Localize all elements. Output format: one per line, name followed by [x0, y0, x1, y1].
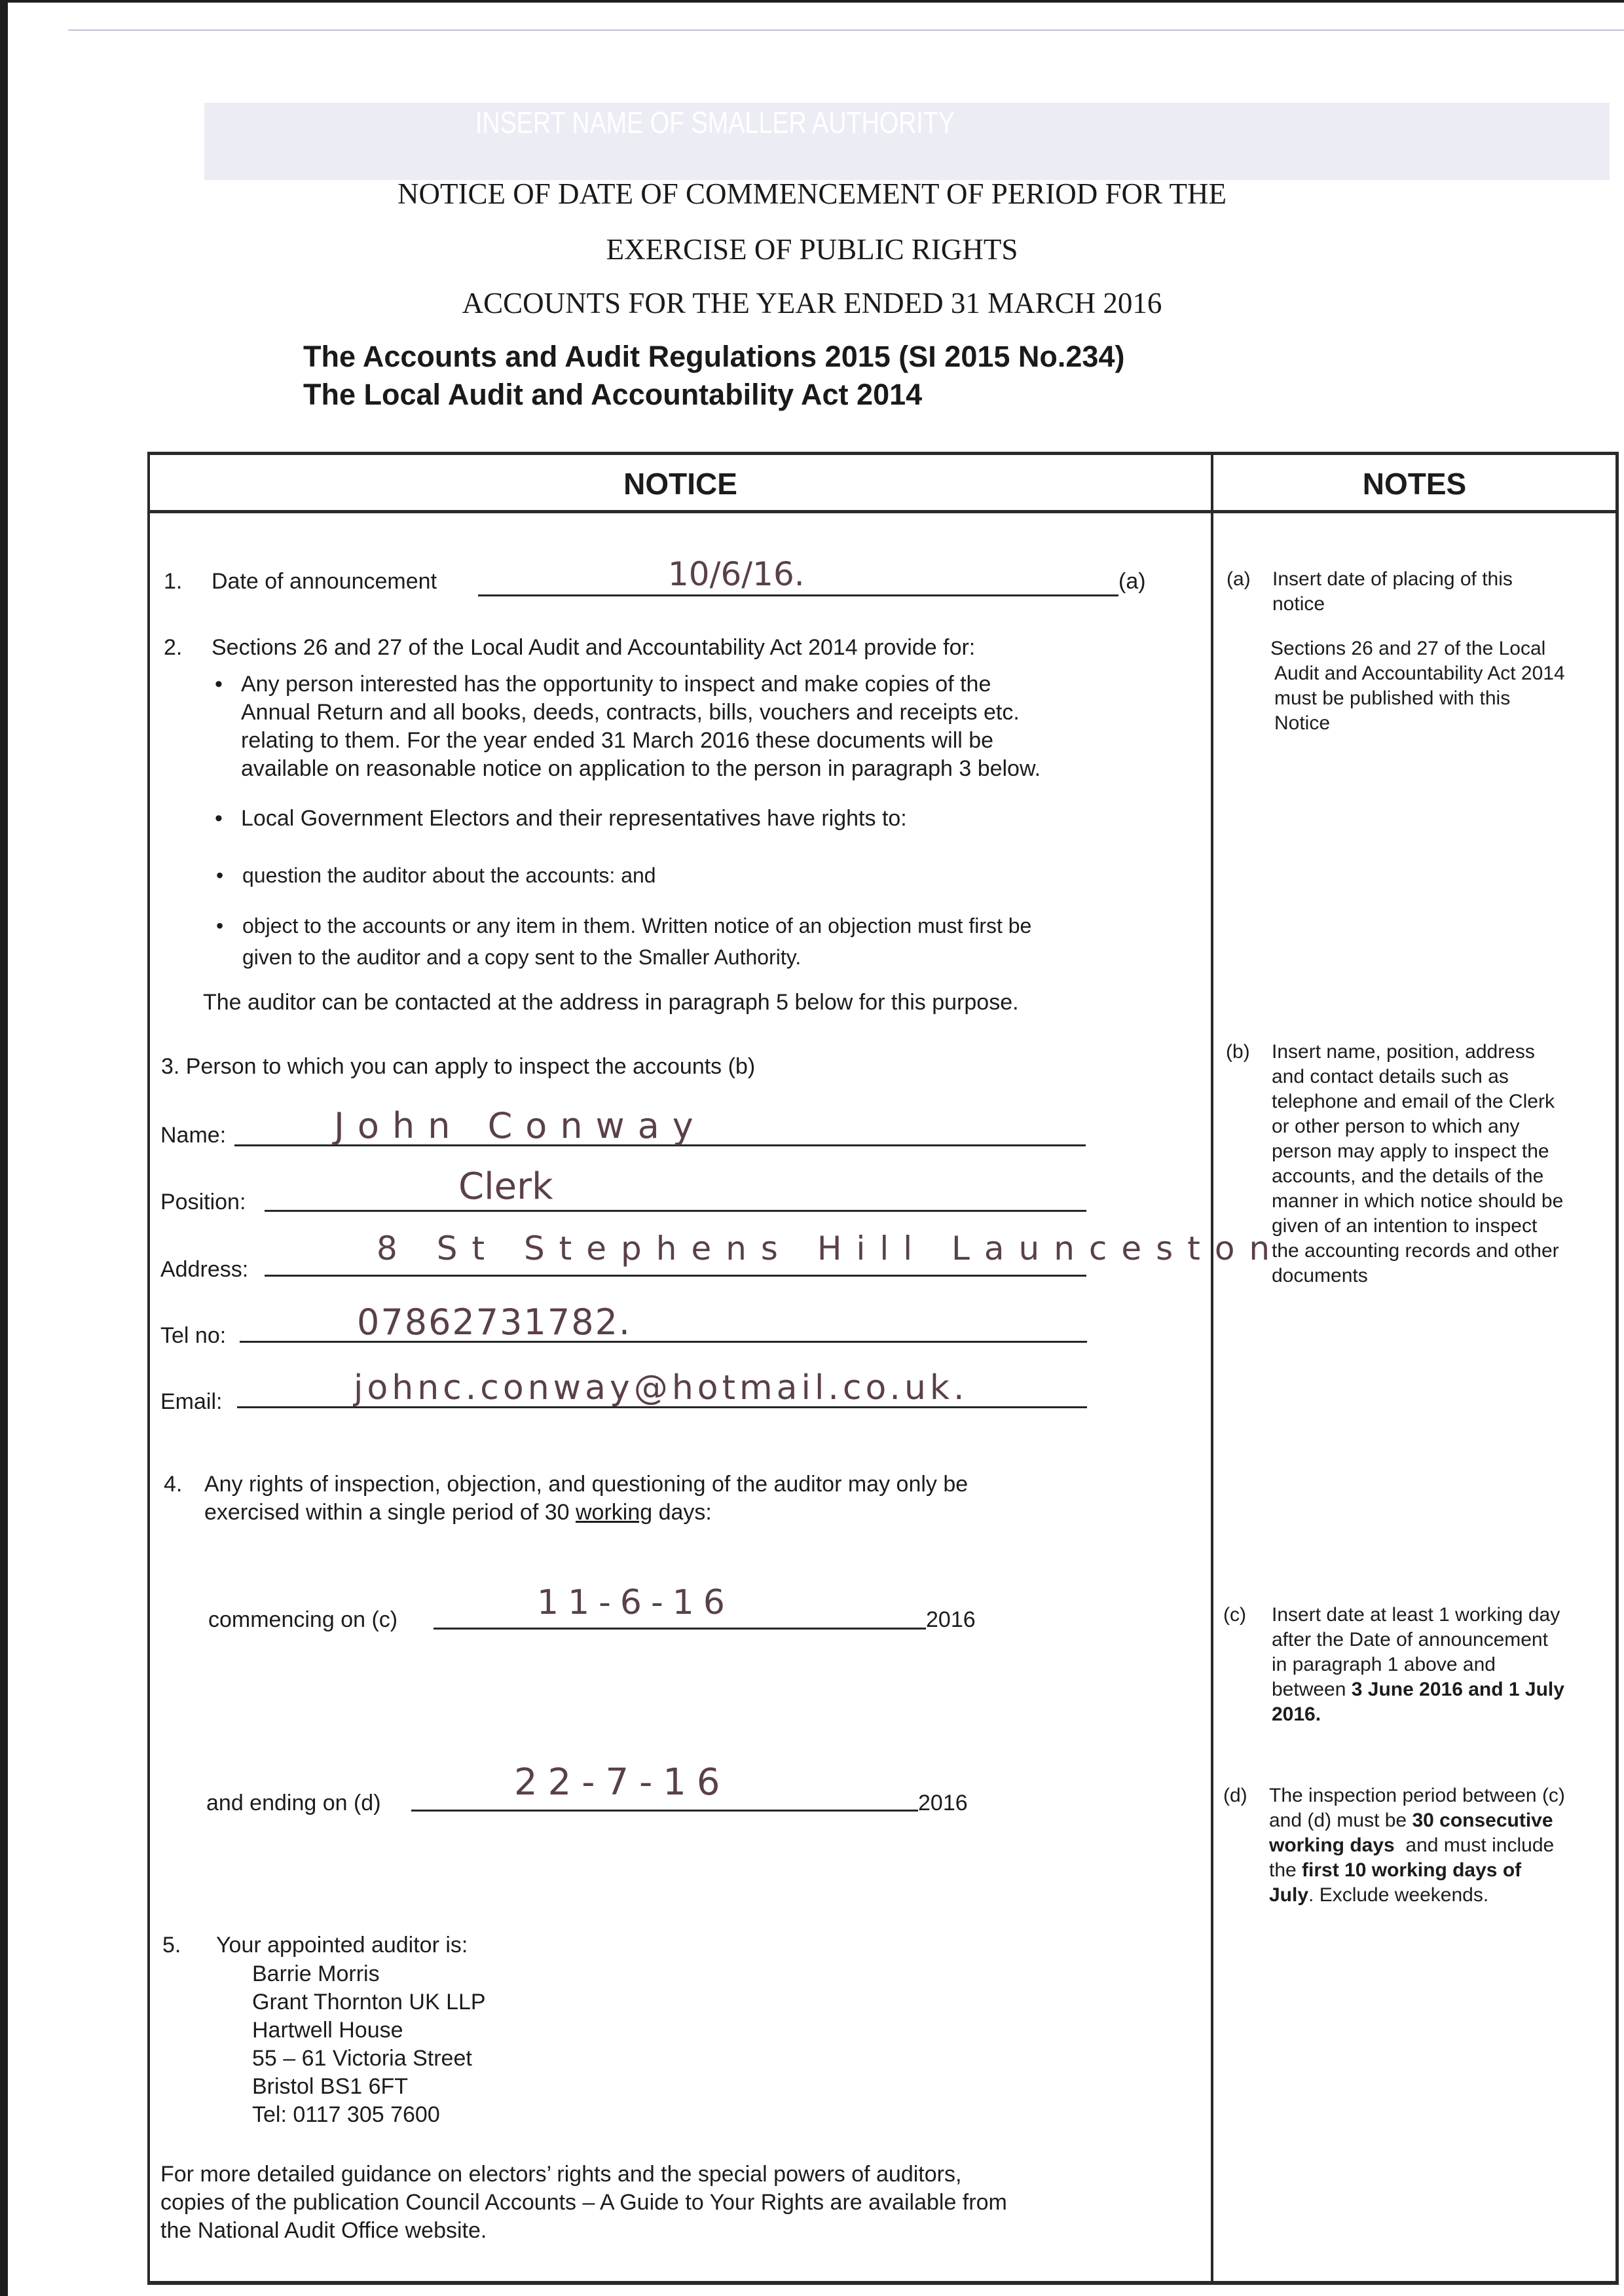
name-field[interactable]: John Conway [334, 1105, 707, 1146]
note-c-line-3: in paragraph 1 above and [1272, 1652, 1496, 1677]
item-1-underline [478, 594, 1118, 596]
note-c-label: (c) [1223, 1603, 1246, 1628]
note-d-line-3-plain: and must include [1395, 1834, 1554, 1856]
auditor-tel: Tel: 0117 305 7600 [252, 2101, 440, 2129]
note-d-line-2-plain: and (d) must be [1269, 1810, 1412, 1831]
regulation-line-1: The Accounts and Audit Regulations 2015 … [303, 340, 1124, 374]
note-b-line-5: person may apply to inspect the [1272, 1139, 1549, 1164]
note-d-line-1: The inspection period between (c) [1269, 1783, 1565, 1808]
position-label: Position: [160, 1188, 246, 1216]
item-2-sub-bullet-2-line-1: object to the accounts or any item in th… [242, 912, 1031, 940]
item-2-bullet-2: Local Government Electors and their repr… [241, 805, 907, 833]
note-sections: Sections 26 and 27 of the Local Audit an… [1270, 636, 1611, 741]
item-2-sub-bullet-2-line-2: given to the auditor and a copy sent to … [242, 943, 801, 972]
note-b-line-10: documents [1272, 1264, 1368, 1288]
note-c-line-5: 2016. [1272, 1702, 1321, 1727]
note-d-line-5-plain: . Exclude weekends. [1308, 1884, 1488, 1906]
auditor-city: Bristol BS1 6FT [252, 2073, 408, 2101]
note-b-label: (b) [1226, 1040, 1250, 1065]
item-4-number: 4. [164, 1470, 182, 1499]
note-a-line-1: Insert date of placing of this [1272, 567, 1513, 592]
note-a: (a) Insert date of placing of this notic… [1227, 567, 1593, 619]
note-c-line-4-bold: 3 June 2016 and 1 July [1352, 1679, 1564, 1700]
note-d: (d) The inspection period between (c) an… [1223, 1783, 1616, 1914]
note-sections-line-4: Notice [1274, 711, 1330, 736]
note-b-line-1: Insert name, position, address [1272, 1040, 1535, 1065]
auditor-firm: Grant Thornton UK LLP [252, 1988, 486, 2016]
table-column-divider [1211, 452, 1213, 2285]
note-d-line-2: and (d) must be 30 consecutive [1269, 1808, 1553, 1833]
item-2-bullet-1-line-4: available on reasonable notice on applic… [241, 755, 1041, 783]
table-header-divider [147, 510, 1619, 513]
address-label: Address: [160, 1256, 248, 1284]
item-2-bullet-1-line-3: relating to them. For the year ended 31 … [241, 727, 993, 755]
announcement-date-field[interactable]: 10/6/16. [668, 555, 805, 593]
note-a-label: (a) [1227, 567, 1251, 592]
email-field[interactable]: johnc.conway@hotmail.co.uk. [354, 1368, 969, 1408]
note-d-line-4: the first 10 working days of [1269, 1858, 1521, 1883]
scan-edge-top [0, 0, 1624, 3]
note-d-line-4-bold: first 10 working days of [1302, 1859, 1521, 1881]
note-b: (b) Insert name, position, address and c… [1226, 1040, 1612, 1302]
table-border-bottom [147, 2281, 1619, 2285]
note-a-line-2: notice [1272, 592, 1325, 617]
item-5-number: 5. [162, 1931, 181, 1959]
tel-field[interactable]: 07862731782. [357, 1302, 631, 1343]
note-d-line-5-bold: July [1269, 1884, 1308, 1906]
address-field[interactable]: 8 St Stephens Hill Launceston [377, 1230, 1284, 1267]
name-label: Name: [160, 1121, 226, 1150]
ending-label: and ending on (d) [206, 1789, 381, 1817]
item-3-heading: 3. Person to which you can apply to insp… [161, 1053, 755, 1081]
item-2-bullet-1-line-2: Annual Return and all books, deeds, cont… [241, 699, 1020, 727]
table-border-right [1615, 452, 1619, 2285]
notice-column-header: NOTICE [150, 466, 1211, 501]
auditor-name: Barrie Morris [252, 1960, 380, 1988]
item-1-ref: (a) [1118, 568, 1146, 596]
commencing-year: 2016 [926, 1606, 976, 1634]
notes-column-header: NOTES [1213, 466, 1615, 501]
table-border-top [147, 452, 1619, 455]
ending-year: 2016 [918, 1789, 968, 1817]
item-4-line-1: Any rights of inspection, objection, and… [204, 1470, 968, 1499]
note-b-line-3: telephone and email of the Clerk [1272, 1089, 1555, 1114]
position-underline [265, 1210, 1086, 1212]
note-b-line-7: manner in which notice should be [1272, 1189, 1563, 1214]
email-label: Email: [160, 1388, 222, 1416]
top-rule [68, 29, 1624, 31]
note-b-line-4: or other person to which any [1272, 1114, 1520, 1139]
address-underline [265, 1275, 1086, 1277]
ending-date-field[interactable]: 22-7-16 [514, 1761, 731, 1804]
item-2-bullet-1-line-1: Any person interested has the opportunit… [241, 670, 991, 699]
note-sections-line-1: Sections 26 and 27 of the Local [1270, 636, 1545, 661]
note-b-line-9: the accounting records and other [1272, 1239, 1559, 1264]
regulation-line-2: The Local Audit and Accountability Act 2… [303, 378, 922, 412]
commencing-label: commencing on (c) [208, 1606, 397, 1634]
note-sections-line-3: must be published with this [1274, 686, 1510, 711]
item-4-line-2-after: days: [652, 1500, 712, 1525]
note-c-line-5-bold: 2016. [1272, 1704, 1321, 1725]
item-2-closing: The auditor can be contacted at the addr… [203, 989, 1019, 1017]
note-c-line-1: Insert date at least 1 working day [1272, 1603, 1560, 1628]
note-d-line-2-bold: 30 consecutive [1412, 1810, 1553, 1831]
item-1-label: Date of announcement [212, 568, 437, 596]
note-d-line-3: working days and must include [1269, 1833, 1554, 1858]
footer-line-3: the National Audit Office website. [160, 2217, 487, 2245]
item-2-number: 2. [164, 634, 182, 662]
footer-line-2: copies of the publication Council Accoun… [160, 2189, 1007, 2217]
item-2-sub-bullet-1: question the auditor about the accounts:… [242, 862, 656, 890]
note-d-line-5: July. Exclude weekends. [1269, 1883, 1488, 1908]
item-5-heading: Your appointed auditor is: [216, 1931, 468, 1959]
note-d-line-3-bold: working days [1269, 1834, 1395, 1856]
ending-underline [411, 1810, 918, 1812]
note-b-line-2: and contact details such as [1272, 1065, 1509, 1089]
authority-name-placeholder: INSERT NAME OF SMALLER AUTHORITY [296, 105, 1134, 140]
commencing-underline [434, 1628, 926, 1630]
table-border-left [147, 452, 150, 2285]
footer-line-1: For more detailed guidance on electors’ … [160, 2160, 961, 2189]
note-c-line-4: between 3 June 2016 and 1 July [1272, 1677, 1564, 1702]
scan-edge-left [0, 0, 8, 2296]
item-1-number: 1. [164, 568, 182, 596]
auditor-street: 55 – 61 Victoria Street [252, 2045, 472, 2073]
title-line-2: EXERCISE OF PUBLIC RIGHTS [131, 232, 1493, 266]
note-c-line-4-plain: between [1272, 1679, 1352, 1700]
note-c-line-2: after the Date of announcement [1272, 1628, 1548, 1652]
note-c: (c) Insert date at least 1 working day a… [1223, 1603, 1616, 1734]
item-4-working-underlined: working [576, 1500, 652, 1525]
tel-label: Tel no: [160, 1322, 226, 1350]
commencing-date-field[interactable]: 11-6-16 [537, 1583, 734, 1622]
item-4-line-2: exercised within a single period of 30 w… [204, 1499, 712, 1527]
note-d-label: (d) [1223, 1783, 1247, 1808]
item-4-line-2-before: exercised within a single period of 30 [204, 1500, 576, 1525]
auditor-building: Hartwell House [252, 2016, 403, 2045]
title-line-1: NOTICE OF DATE OF COMMENCEMENT OF PERIOD… [131, 177, 1493, 211]
note-b-line-8: given of an intention to inspect [1272, 1214, 1537, 1239]
position-field[interactable]: Clerk [458, 1165, 553, 1208]
item-2-intro: Sections 26 and 27 of the Local Audit an… [212, 634, 975, 662]
note-b-line-6: accounts, and the details of the [1272, 1164, 1543, 1189]
note-sections-line-2: Audit and Accountability Act 2014 [1274, 661, 1565, 686]
note-d-line-4-plain: the [1269, 1859, 1302, 1881]
title-line-3: ACCOUNTS FOR THE YEAR ENDED 31 MARCH 201… [131, 286, 1493, 320]
